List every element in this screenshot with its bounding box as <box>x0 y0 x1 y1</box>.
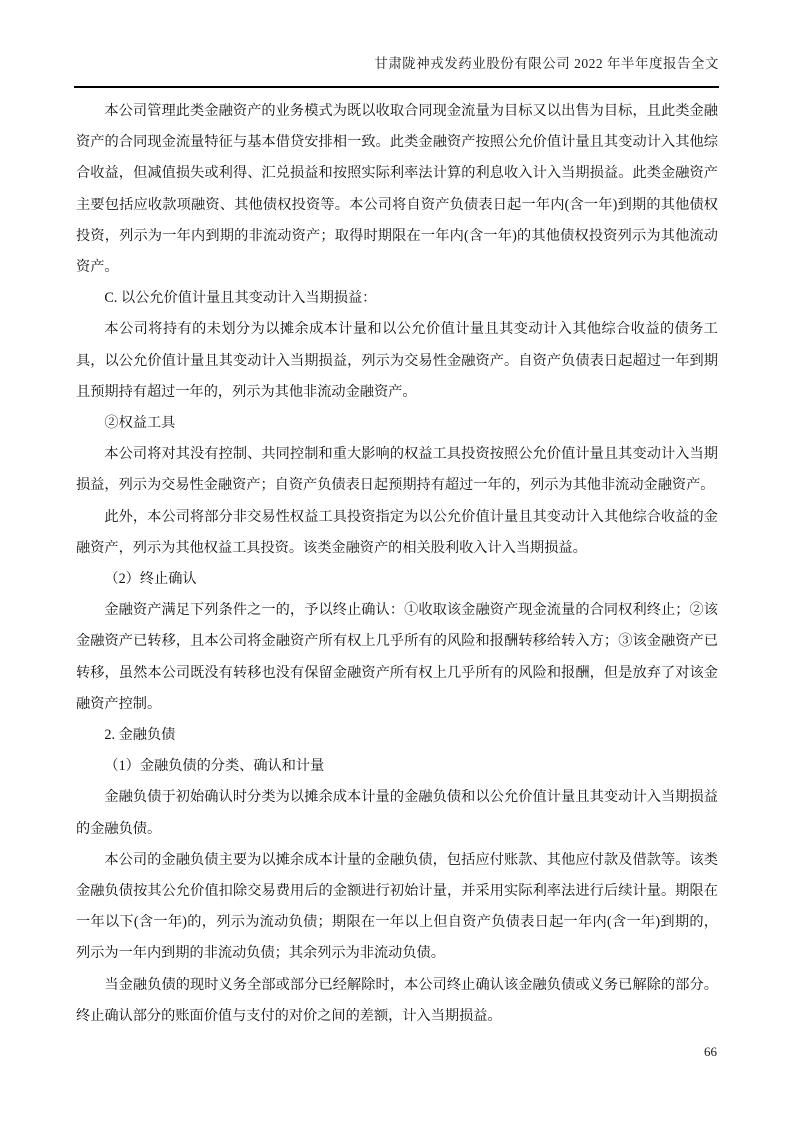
paragraph: 本公司将持有的未划分为以摊余成本计量和以公允价值计量且其变动计入其他综合收益的债… <box>76 314 718 408</box>
paragraph: 金融负债于初始确认时分类为以摊余成本计量的金融负债和以公允价值计量且其变动计入当… <box>76 782 718 844</box>
paragraph: C. 以公允价值计量且其变动计入当期损益： <box>76 283 718 314</box>
paragraph: 本公司管理此类金融资产的业务模式为既以收取合同现金流量为目标又以出售为目标，且此… <box>76 96 718 283</box>
paragraph: 金融资产满足下列条件之一的，予以终止确认：①收取该金融资产现金流量的合同权利终止… <box>76 595 718 720</box>
page-header: 甘肃陇神戎发药业股份有限公司 2022 年半年度报告全文 <box>74 54 719 88</box>
paragraph: 2. 金融负债 <box>76 720 718 751</box>
document-body: 本公司管理此类金融资产的业务模式为既以收取合同现金流量为目标又以出售为目标，且此… <box>76 96 718 1032</box>
paragraph: ②权益工具 <box>76 408 718 439</box>
paragraph: 本公司的金融负债主要为以摊余成本计量的金融负债，包括应付账款、其他应付款及借款等… <box>76 845 718 970</box>
page-number: 66 <box>704 1044 717 1060</box>
report-page: 甘肃陇神戎发药业股份有限公司 2022 年半年度报告全文 本公司管理此类金融资产… <box>0 0 793 1122</box>
paragraph: （1）金融负债的分类、确认和计量 <box>76 751 718 782</box>
paragraph: 本公司将对其没有控制、共同控制和重大影响的权益工具投资按照公允价值计量且其变动计… <box>76 439 718 501</box>
paragraph: （2）终止确认 <box>76 564 718 595</box>
paragraph: 当金融负债的现时义务全部或部分已经解除时，本公司终止确认该金融负债或义务已解除的… <box>76 970 718 1032</box>
report-header-title: 甘肃陇神戎发药业股份有限公司 2022 年半年度报告全文 <box>374 56 719 71</box>
paragraph: 此外，本公司将部分非交易性权益工具投资指定为以公允价值计量且其变动计入其他综合收… <box>76 502 718 564</box>
